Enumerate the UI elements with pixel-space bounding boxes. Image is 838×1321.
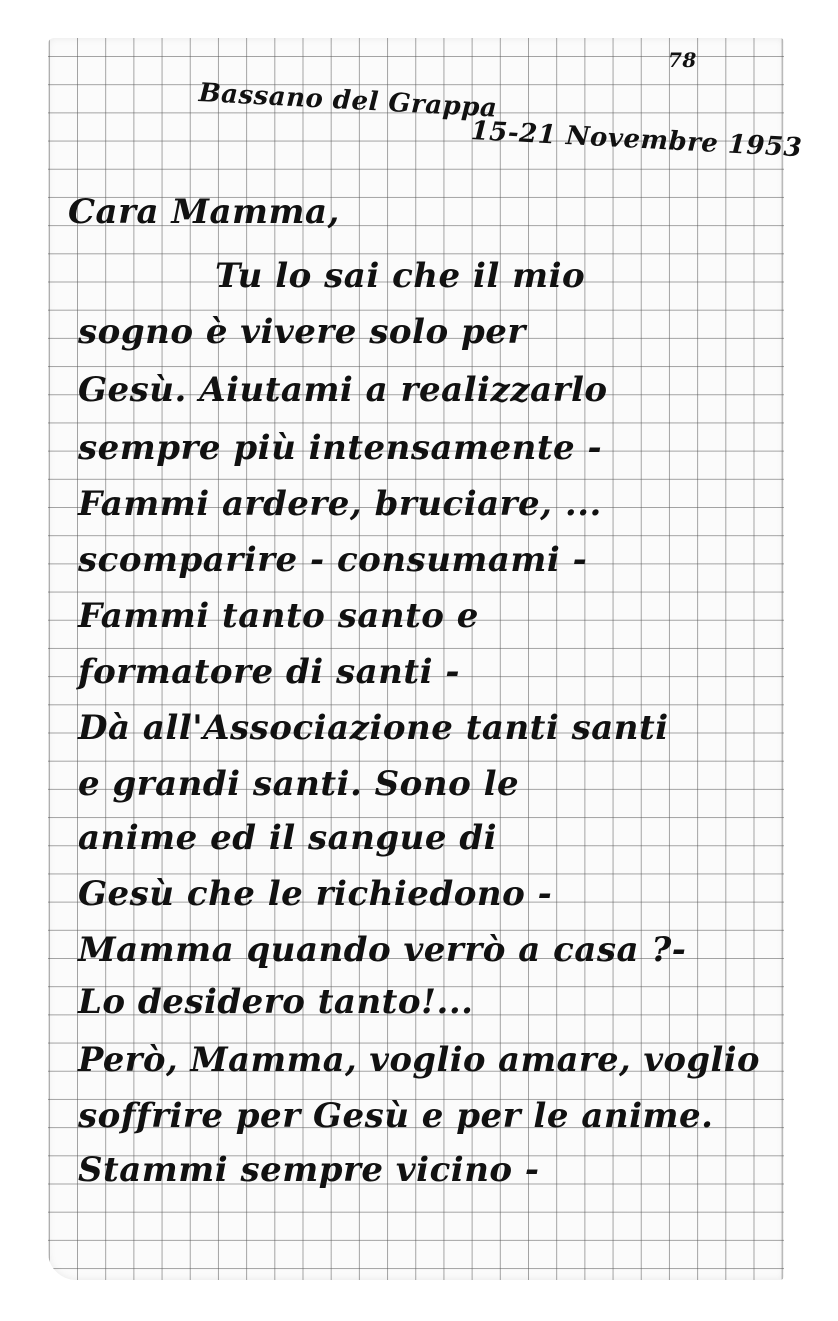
letter-line: e grandi santi. Sono le [78,764,519,804]
letter-line: Fammi tanto santo e [78,596,479,636]
letter-line: Lo desidero tanto!... [78,982,474,1022]
page-number: 78 [668,48,697,72]
letter-line: Fammi ardere, bruciare, ... [78,484,602,524]
letter-line: Gesù. Aiutami a realizzarlo [78,370,608,410]
letter-line: sempre più intensamente - [78,428,602,468]
letter-line: Però, Mamma, voglio amare, voglio [78,1040,760,1080]
letter-line: scomparire - consumami - [78,540,587,580]
letter-line: Dà all'Associazione tanti santi [78,708,669,748]
salutation: Cara Mamma, [68,192,340,232]
letter-line: Stammi sempre vicino - [78,1150,540,1190]
letter-line: Mamma quando verrò a casa ?- [78,930,686,970]
letter-line: Gesù che le richiedono - [78,874,552,914]
letter-line: sogno è vivere solo per [78,312,526,352]
letter-line: soffrire per Gesù e per le anime. [78,1096,713,1136]
letter-line: Tu lo sai che il mio [215,256,585,296]
letter-line: formatore di santi - [78,652,460,692]
letter-line: anime ed il sangue di [78,818,497,858]
